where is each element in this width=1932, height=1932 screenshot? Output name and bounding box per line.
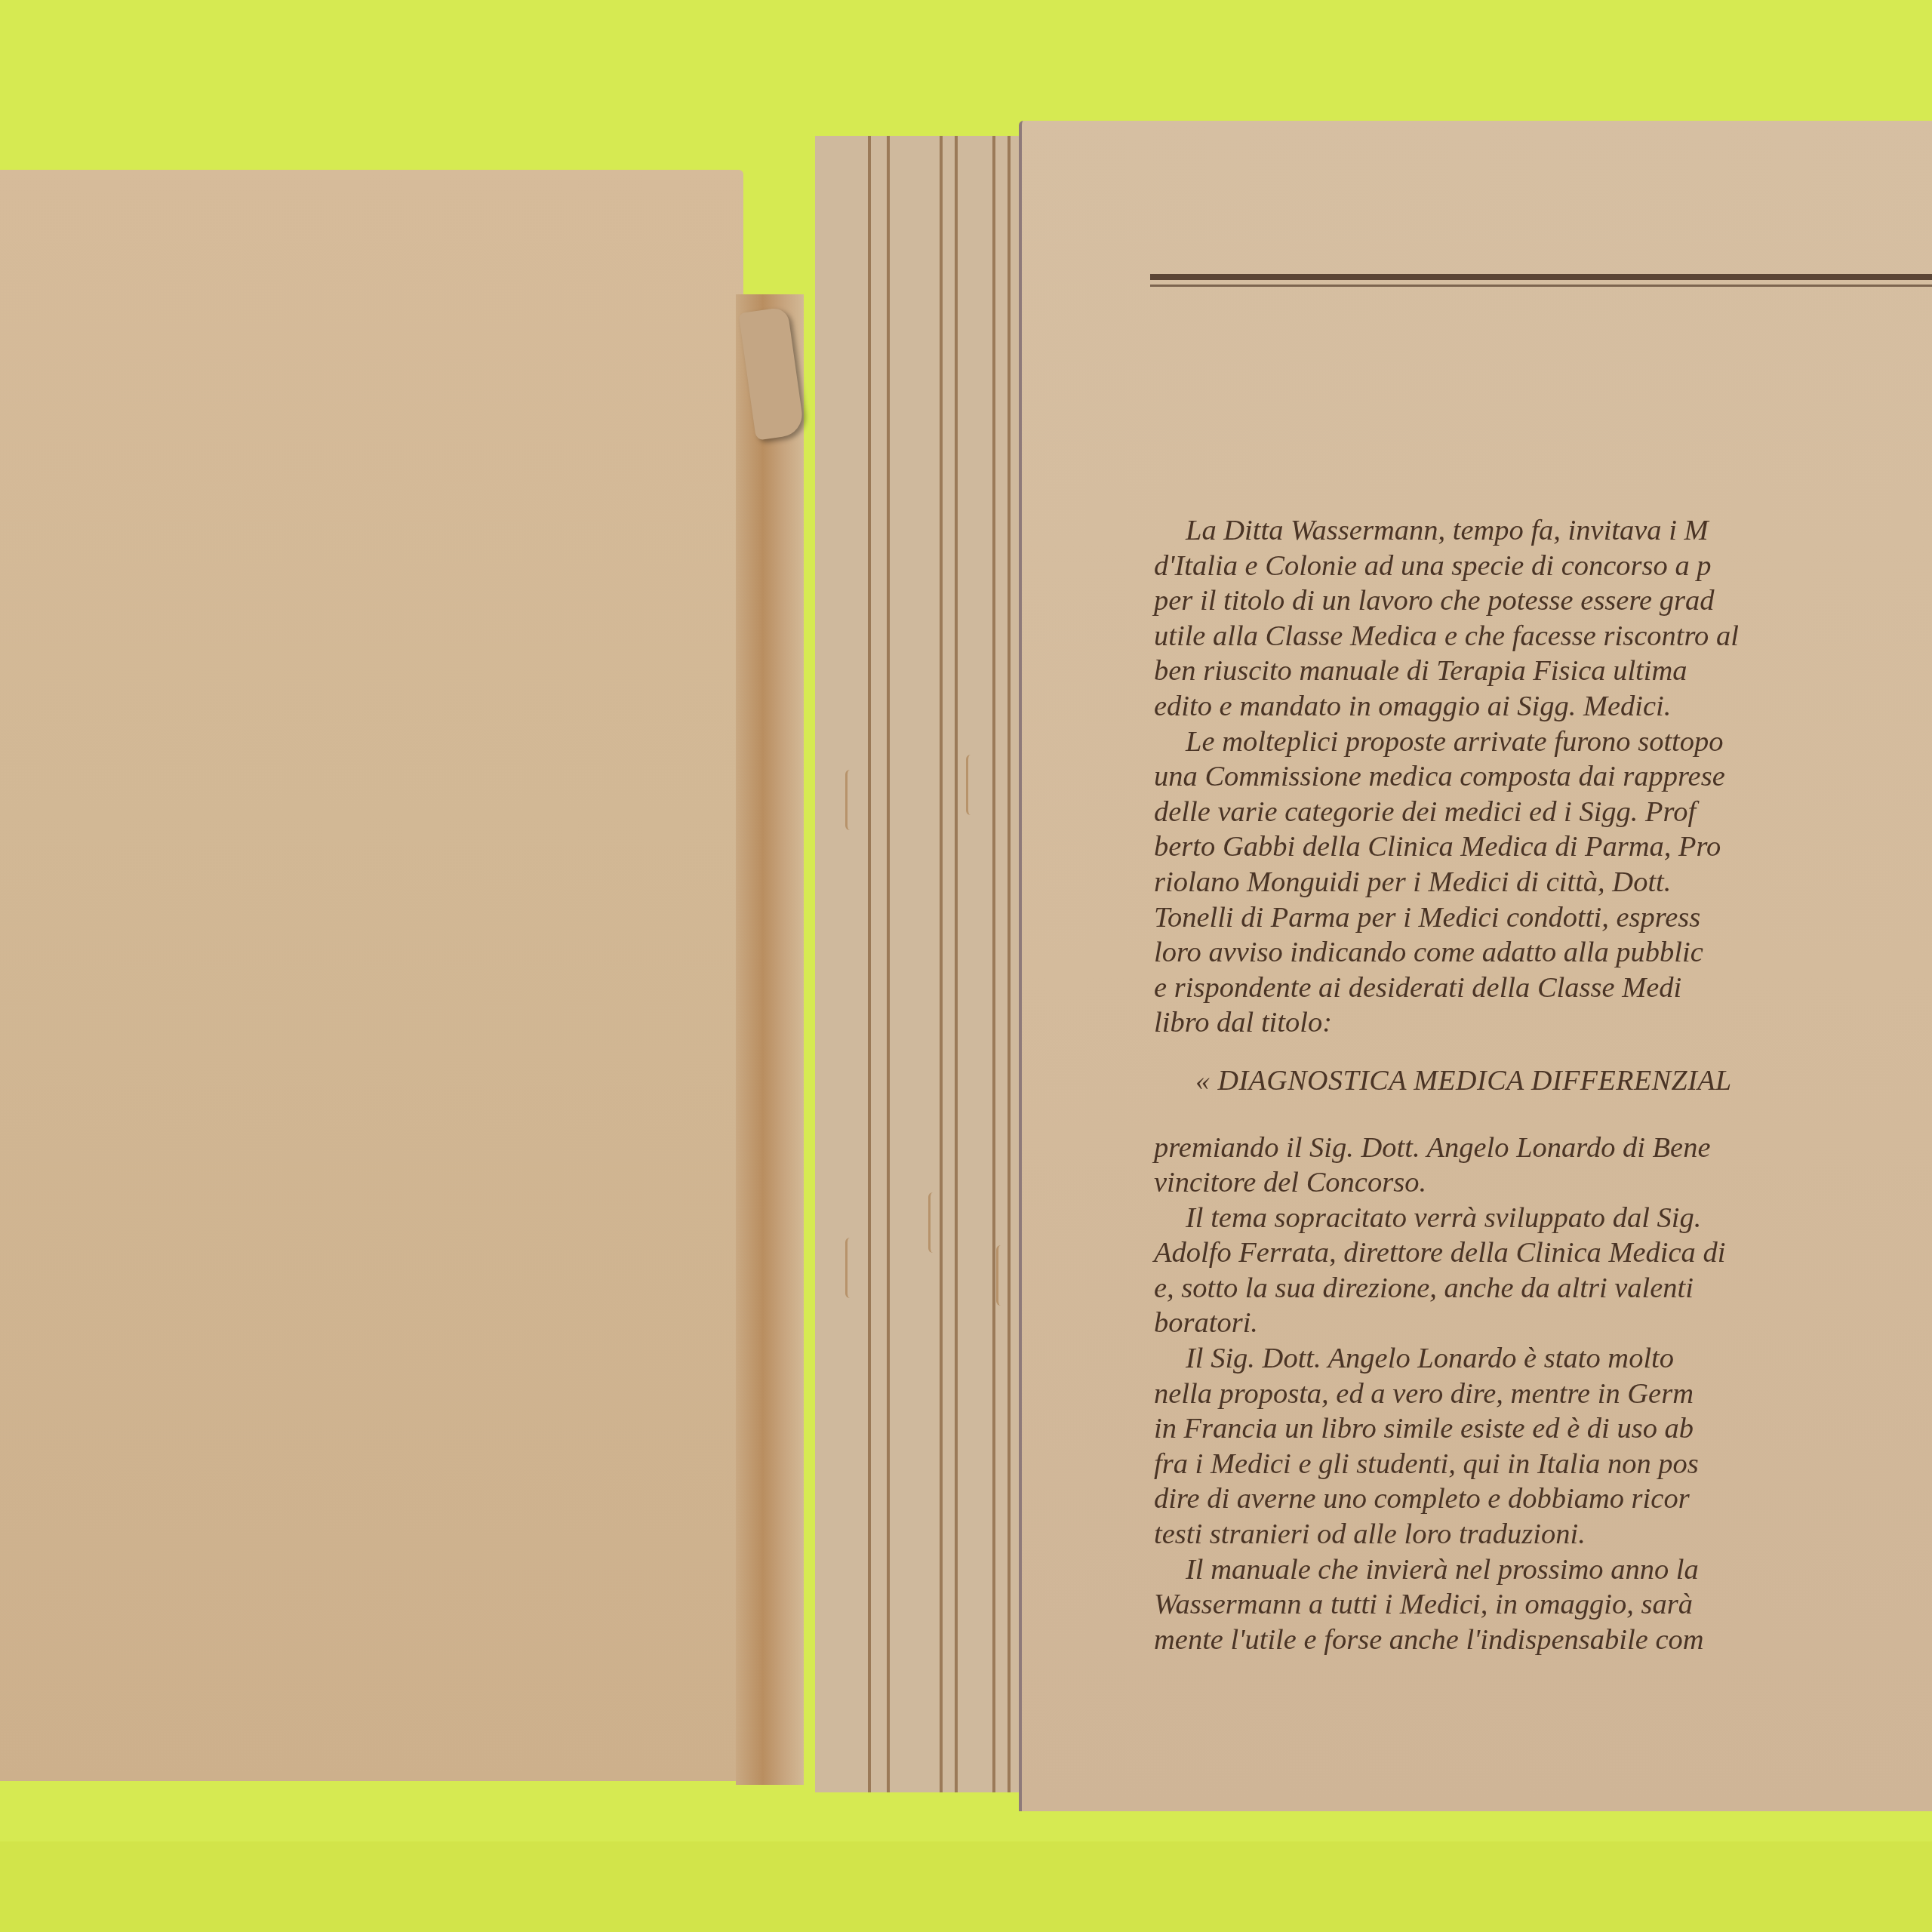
binding-thread	[845, 770, 858, 830]
text-line: e, sotto la sua direzione, anche da altr…	[1154, 1271, 1932, 1306]
text-line: loro avviso indicando come adatto alla p…	[1154, 935, 1932, 971]
text-line: Il Sig. Dott. Angelo Lonardo è stato mol…	[1154, 1341, 1932, 1377]
text-line: dire di averne uno completo e dobbiamo r…	[1154, 1481, 1932, 1517]
text-line: La Ditta Wassermann, tempo fa, invitava …	[1154, 513, 1932, 549]
text-line: berto Gabbi della Clinica Medica di Parm…	[1154, 829, 1932, 865]
binding-thread	[928, 1192, 941, 1253]
text-line: vincitore del Concorso.	[1154, 1165, 1932, 1201]
text-line: premiando il Sig. Dott. Angelo Lonardo d…	[1154, 1131, 1932, 1166]
binding-thread	[996, 1245, 1009, 1306]
table-surface	[0, 1841, 1932, 1932]
signature-edge	[955, 136, 958, 1792]
text-line: e rispondente ai desiderati della Classe…	[1154, 971, 1932, 1006]
text-line: testi stranieri od alle loro traduzioni.	[1154, 1517, 1932, 1552]
text-line: Il tema sopracitato verrà sviluppato dal…	[1154, 1201, 1932, 1236]
signature-edge	[868, 136, 871, 1792]
text-line: Il manuale che invierà nel prossimo anno…	[1154, 1552, 1932, 1588]
left-blank-page	[0, 170, 743, 1781]
text-line: Wassermann a tutti i Medici, in omaggio,…	[1154, 1587, 1932, 1623]
text-line: Adolfo Ferrata, direttore della Clinica …	[1154, 1235, 1932, 1271]
right-text-page: La Ditta Wassermann, tempo fa, invitava …	[1019, 121, 1932, 1811]
header-rule-thick	[1150, 274, 1932, 280]
text-line: libro dal titolo:	[1154, 1005, 1932, 1041]
text-line: riolano Monguidi per i Medici di città, …	[1154, 865, 1932, 900]
text-line: fra i Medici e gli studenti, qui in Ital…	[1154, 1447, 1932, 1482]
book-title-quote: « DIAGNOSTICA MEDICA DIFFERENZIAL	[1154, 1063, 1932, 1099]
body-text: La Ditta Wassermann, tempo fa, invitava …	[1154, 513, 1932, 1657]
text-line: mente l'utile e forse anche l'indispensa…	[1154, 1623, 1932, 1658]
text-line: per il titolo di un lavoro che potesse e…	[1154, 583, 1932, 619]
left-spine-edge	[736, 294, 804, 1785]
signature-edge	[940, 136, 943, 1792]
text-line: delle varie categorie dei medici ed i Si…	[1154, 795, 1932, 830]
signature-edge	[1008, 136, 1011, 1792]
text-line: boratori.	[1154, 1306, 1932, 1341]
text-line: d'Italia e Colonie ad una specie di conc…	[1154, 549, 1932, 584]
text-line: nella proposta, ed a vero dire, mentre i…	[1154, 1377, 1932, 1412]
text-line: una Commissione medica composta dai rapp…	[1154, 759, 1932, 795]
signature-edge	[887, 136, 890, 1792]
signature-edge	[992, 136, 995, 1792]
binding-thread	[845, 1238, 858, 1298]
page-stack-spine	[815, 136, 1026, 1792]
text-line: edito e mandato in omaggio ai Sigg. Medi…	[1154, 689, 1932, 724]
text-line: Tonelli di Parma per i Medici condotti, …	[1154, 900, 1932, 936]
text-line: ben riuscito manuale di Terapia Fisica u…	[1154, 654, 1932, 689]
binding-thread	[966, 755, 979, 815]
header-rule-thin	[1150, 285, 1932, 287]
text-line: Le molteplici proposte arrivate furono s…	[1154, 724, 1932, 760]
text-line: in Francia un libro simile esiste ed è d…	[1154, 1411, 1932, 1447]
text-line: utile alla Classe Medica e che facesse r…	[1154, 619, 1932, 654]
